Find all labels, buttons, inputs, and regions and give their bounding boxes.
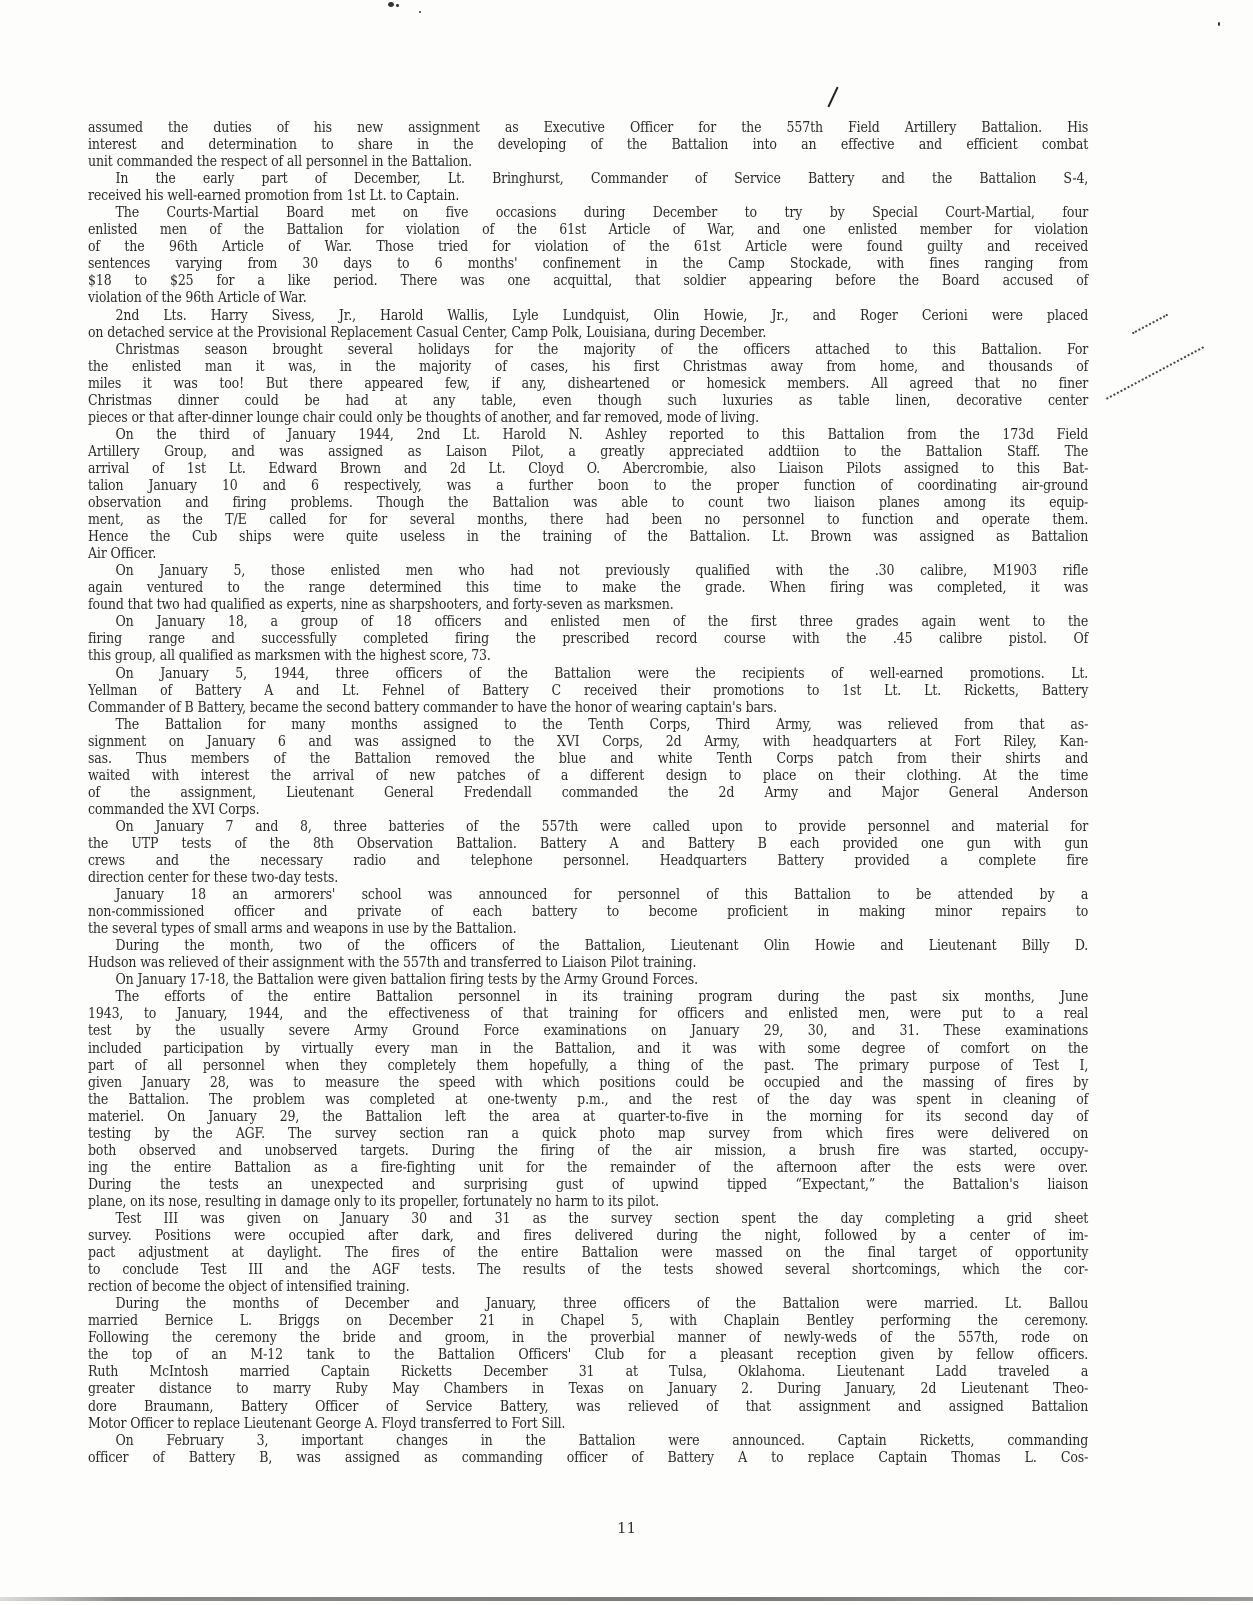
- ink-mark: [827, 87, 838, 108]
- text-line: enlisted men of the Battalion for violat…: [88, 221, 1088, 238]
- text-line: to conclude Test III and the AGF tests. …: [88, 1261, 1088, 1278]
- document-body: assumed the duties of his new assignment…: [88, 119, 1088, 1466]
- text-line: the UTP tests of the 8th Observation Bat…: [88, 835, 1088, 852]
- text-line: During the month, two of the officers of…: [88, 937, 1088, 954]
- text-line: waited with interest the arrival of new …: [88, 767, 1088, 784]
- text-line: married Bernice L. Briggs on December 21…: [88, 1312, 1088, 1329]
- text-line: 2nd Lts. Harry Sivess, Jr., Harold Walli…: [88, 307, 1088, 324]
- text-line: Artillery Group, and was assigned as Lai…: [88, 443, 1088, 460]
- text-line: crews and the necessary radio and teleph…: [88, 852, 1088, 869]
- text-line: Commander of B Battery, became the secon…: [88, 699, 1088, 716]
- text-line: On January 18, a group of 18 officers an…: [88, 613, 1088, 630]
- text-line: Following the ceremony the bride and gro…: [88, 1329, 1088, 1346]
- text-line: Hence the Cub ships were quite useless i…: [88, 528, 1088, 545]
- text-line: non-commissioned officer and private of …: [88, 903, 1088, 920]
- text-line: Christmas dinner could be had at any tab…: [88, 392, 1088, 409]
- text-line: assumed the duties of his new assignment…: [88, 119, 1088, 136]
- text-line: pieces or that after-dinner lounge chair…: [88, 409, 1088, 426]
- text-line: On the third of January 1944, 2nd Lt. Ha…: [88, 426, 1088, 443]
- text-line: the Battalion. The problem was completed…: [88, 1091, 1088, 1108]
- text-line: Test III was given on January 30 and 31 …: [88, 1210, 1088, 1227]
- text-line: this group, all qualified as marksmen wi…: [88, 647, 1088, 664]
- text-line: survey. Positions were occupied after da…: [88, 1227, 1088, 1244]
- scan-speck: [1218, 22, 1220, 26]
- text-line: miles it was too! But there appeared few…: [88, 375, 1088, 392]
- text-line: unit commanded the respect of all person…: [88, 153, 1088, 170]
- text-line: part of all personnel when they complete…: [88, 1057, 1088, 1074]
- text-line: ing the entire Battalion as a fire-fight…: [88, 1159, 1088, 1176]
- text-line: arrival of 1st Lt. Edward Brown and 2d L…: [88, 460, 1088, 477]
- text-line: During the months of December and Januar…: [88, 1295, 1088, 1312]
- text-line: the several types of small arms and weap…: [88, 920, 1088, 937]
- margin-scribble: [1132, 314, 1168, 335]
- page-number: 11: [0, 1519, 1253, 1537]
- text-line: violation of the 96th Article of War.: [88, 289, 1088, 306]
- text-line: Hudson was relieved of their assignment …: [88, 954, 1088, 971]
- text-line: January 18 an armorers' school was annou…: [88, 886, 1088, 903]
- text-line: The Battalion for many months assigned t…: [88, 716, 1088, 733]
- scan-speck: [396, 4, 399, 7]
- text-line: firing range and successfully completed …: [88, 630, 1088, 647]
- text-line: On February 3, important changes in the …: [88, 1432, 1088, 1449]
- text-line: included participation by virtually ever…: [88, 1040, 1088, 1057]
- text-line: sas. Thus members of the Battalion remov…: [88, 750, 1088, 767]
- text-line: On January 17-18, the Battalion were giv…: [88, 971, 1088, 988]
- scan-speck: [419, 11, 421, 13]
- text-line: of the assignment, Lieutenant General Fr…: [88, 784, 1088, 801]
- text-line: The Courts-Martial Board met on five occ…: [88, 204, 1088, 221]
- text-line: again ventured to the range determined t…: [88, 579, 1088, 596]
- text-line: officer of Battery B, was assigned as co…: [88, 1449, 1088, 1466]
- text-line: received his well-earned promotion from …: [88, 187, 1088, 204]
- text-line: commanded the XVI Corps.: [88, 801, 1088, 818]
- text-line: the enlisted man it was, in the majority…: [88, 358, 1088, 375]
- text-line: test by the usually severe Army Ground F…: [88, 1022, 1088, 1039]
- text-line: found that two had qualified as experts,…: [88, 596, 1088, 613]
- text-line: the top of an M-12 tank to the Battalion…: [88, 1346, 1088, 1363]
- text-line: dore Braumann, Battery Officer of Servic…: [88, 1398, 1088, 1415]
- text-line: of the 96th Article of War. Those tried …: [88, 238, 1088, 255]
- text-line: greater distance to marry Ruby May Chamb…: [88, 1380, 1088, 1397]
- text-line: ment, as the T/E called for for several …: [88, 511, 1088, 528]
- text-line: In the early part of December, Lt. Bring…: [88, 170, 1088, 187]
- text-line: Yellman of Battery A and Lt. Fehnel of B…: [88, 682, 1088, 699]
- text-line: sentences varying from 30 days to 6 mont…: [88, 255, 1088, 272]
- text-line: Air Officer.: [88, 545, 1088, 562]
- text-line: testing by the AGF. The survey section r…: [88, 1125, 1088, 1142]
- text-line: Ruth McIntosh married Captain Ricketts D…: [88, 1363, 1088, 1380]
- text-line: signment on January 6 and was assigned t…: [88, 733, 1088, 750]
- text-line: observation and firing problems. Though …: [88, 494, 1088, 511]
- text-line: On January 5, 1944, three officers of th…: [88, 665, 1088, 682]
- text-line: $18 to $25 for a like period. There was …: [88, 272, 1088, 289]
- text-line: on detached service at the Provisional R…: [88, 324, 1088, 341]
- text-line: Motor Officer to replace Lieutenant Geor…: [88, 1415, 1088, 1432]
- text-line: 1943, to January, 1944, and the effectiv…: [88, 1005, 1088, 1022]
- text-line: plane, on its nose, resulting in damage …: [88, 1193, 1088, 1210]
- text-line: Christmas season brought several holiday…: [88, 341, 1088, 358]
- text-line: talion January 10 and 6 respectively, wa…: [88, 477, 1088, 494]
- page-bottom-edge: [0, 1597, 1253, 1601]
- text-line: The efforts of the entire Battalion pers…: [88, 988, 1088, 1005]
- document-page: assumed the duties of his new assignment…: [0, 0, 1253, 1605]
- text-line: pact adjustment at daylight. The fires o…: [88, 1244, 1088, 1261]
- text-line: interest and determination to share in t…: [88, 136, 1088, 153]
- text-line: direction center for these two-day tests…: [88, 869, 1088, 886]
- text-line: On January 5, those enlisted men who had…: [88, 562, 1088, 579]
- text-line: During the tests an unexpected and surpr…: [88, 1176, 1088, 1193]
- text-line: rection of become the object of intensif…: [88, 1278, 1088, 1295]
- text-line: given January 28, was to measure the spe…: [88, 1074, 1088, 1091]
- scan-speck: [388, 2, 394, 7]
- text-line: both observed and unobserved targets. Du…: [88, 1142, 1088, 1159]
- text-line: materiel. On January 29, the Battalion l…: [88, 1108, 1088, 1125]
- margin-scribble: [1106, 346, 1204, 399]
- text-line: On January 7 and 8, three batteries of t…: [88, 818, 1088, 835]
